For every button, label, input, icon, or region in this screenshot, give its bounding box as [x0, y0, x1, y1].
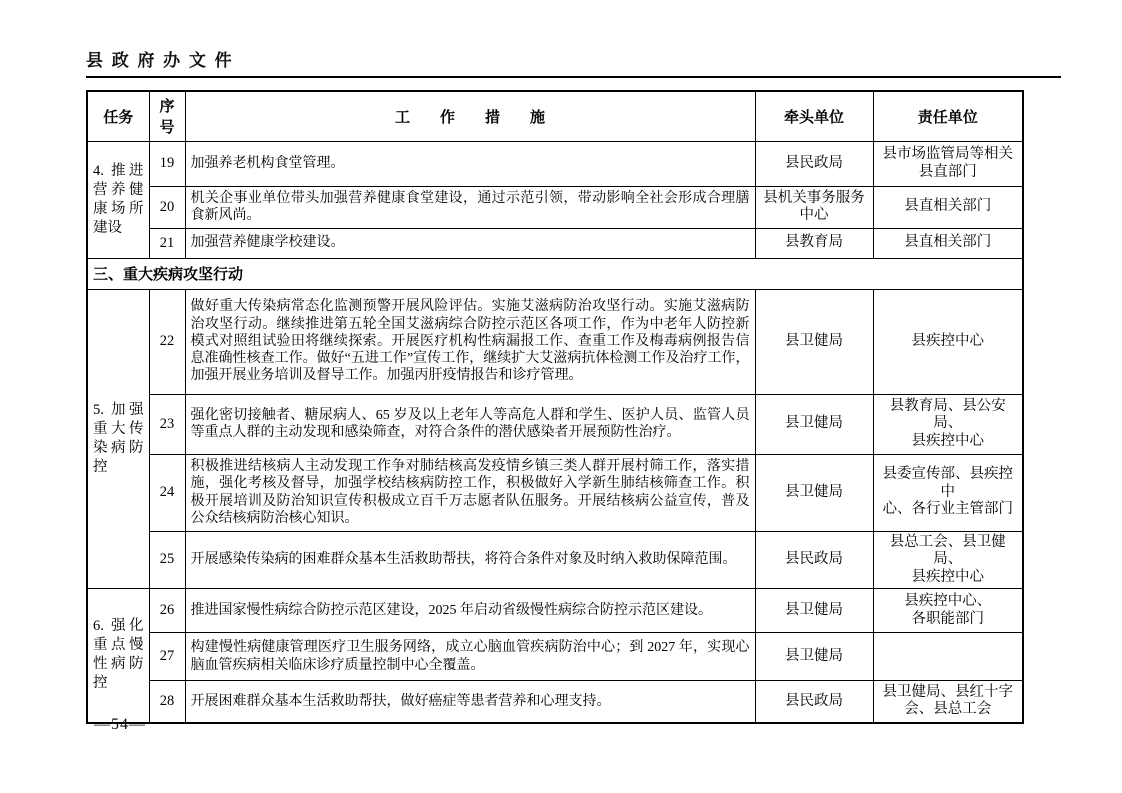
task-cell-6: 6. 强化重点慢性病防控 — [87, 589, 149, 723]
lead-unit-cell: 县民政局 — [755, 531, 873, 589]
serial-cell: 26 — [149, 589, 185, 633]
responsible-unit-cell — [873, 633, 1023, 681]
col-header-lead-unit: 牵头单位 — [755, 91, 873, 141]
table-row: 23 强化密切接触者、糖尿病人、65 岁及以上老年人等高危人群和学生、医护人员、… — [87, 394, 1023, 454]
col-header-serial: 序号 — [149, 91, 185, 141]
header-title: 县 政 府 办 文 件 — [86, 51, 234, 70]
task-cell-5: 5. 加强重大传染病防控 — [87, 289, 149, 589]
measure-cell: 加强养老机构食堂管理。 — [185, 141, 755, 186]
table-row: 25 开展感染传染病的困难群众基本生活救助帮扶，将符合条件对象及时纳入救助保障范… — [87, 531, 1023, 589]
measure-cell: 强化密切接触者、糖尿病人、65 岁及以上老年人等高危人群和学生、医护人员、监管人… — [185, 394, 755, 454]
measure-cell: 机关企事业单位带头加强营养健康食堂建设，通过示范引领，带动影响全社会形成合理膳食… — [185, 186, 755, 228]
col-header-responsible-unit: 责任单位 — [873, 91, 1023, 141]
table-row: 24 积极推进结核病人主动发现工作争对肺结核高发疫情乡镇三类人群开展村筛工作，落… — [87, 454, 1023, 531]
document-page: 县 政 府 办 文 件 任务 序号 工 作 措 施 牵头单位 责任单位 4. 推… — [0, 0, 1122, 793]
lead-unit-cell: 县卫健局 — [755, 454, 873, 531]
serial-cell: 19 — [149, 141, 185, 186]
serial-cell: 25 — [149, 531, 185, 589]
section-title: 三、重大疾病攻坚行动 — [87, 258, 1023, 289]
lead-unit-cell: 县民政局 — [755, 141, 873, 186]
lead-unit-cell: 县民政局 — [755, 681, 873, 723]
table-row: 4. 推进营养健康场所建设 19 加强养老机构食堂管理。 县民政局 县市场监管局… — [87, 141, 1023, 186]
lead-unit-cell: 县卫健局 — [755, 589, 873, 633]
serial-cell: 27 — [149, 633, 185, 681]
table-row: 28 开展困难群众基本生活救助帮扶，做好癌症等患者营养和心理支持。 县民政局 县… — [87, 681, 1023, 723]
page-number: —54— — [94, 716, 146, 734]
work-measures-table: 任务 序号 工 作 措 施 牵头单位 责任单位 4. 推进营养健康场所建设 19… — [86, 90, 1024, 724]
lead-unit-cell: 县机关事务服务 中心 — [755, 186, 873, 228]
serial-cell: 22 — [149, 289, 185, 394]
lead-unit-cell: 县卫健局 — [755, 289, 873, 394]
table-row: 27 构建慢性病健康管理医疗卫生服务网络，成立心脑血管疾病防治中心；到 2027… — [87, 633, 1023, 681]
measure-cell: 加强营养健康学校建设。 — [185, 228, 755, 258]
document-header: 县 政 府 办 文 件 — [86, 46, 1061, 78]
responsible-unit-cell: 县疾控中心 — [873, 289, 1023, 394]
measure-cell: 推进国家慢性病综合防控示范区建设，2025 年启动省级慢性病综合防控示范区建设。 — [185, 589, 755, 633]
task-cell-4: 4. 推进营养健康场所建设 — [87, 141, 149, 258]
responsible-unit-cell: 县市场监管局等相关 县直部门 — [873, 141, 1023, 186]
lead-unit-cell: 县卫健局 — [755, 394, 873, 454]
measure-cell: 构建慢性病健康管理医疗卫生服务网络，成立心脑血管疾病防治中心；到 2027 年，… — [185, 633, 755, 681]
responsible-unit-cell: 县直相关部门 — [873, 228, 1023, 258]
table-row: 6. 强化重点慢性病防控 26 推进国家慢性病综合防控示范区建设，2025 年启… — [87, 589, 1023, 633]
responsible-unit-cell: 县卫健局、县红十字 会、县总工会 — [873, 681, 1023, 723]
serial-cell: 21 — [149, 228, 185, 258]
responsible-unit-cell: 县直相关部门 — [873, 186, 1023, 228]
measure-cell: 开展困难群众基本生活救助帮扶，做好癌症等患者营养和心理支持。 — [185, 681, 755, 723]
responsible-unit-cell: 县委宣传部、县疾控中 心、各行业主管部门 — [873, 454, 1023, 531]
measure-cell: 积极推进结核病人主动发现工作争对肺结核高发疫情乡镇三类人群开展村筛工作，落实措施… — [185, 454, 755, 531]
serial-cell: 20 — [149, 186, 185, 228]
responsible-unit-cell: 县总工会、县卫健局、 县疾控中心 — [873, 531, 1023, 589]
table-header-row: 任务 序号 工 作 措 施 牵头单位 责任单位 — [87, 91, 1023, 141]
section-title-row: 三、重大疾病攻坚行动 — [87, 258, 1023, 289]
table-row: 21 加强营养健康学校建设。 县教育局 县直相关部门 — [87, 228, 1023, 258]
lead-unit-cell: 县卫健局 — [755, 633, 873, 681]
serial-cell: 28 — [149, 681, 185, 723]
responsible-unit-cell: 县教育局、县公安局、 县疾控中心 — [873, 394, 1023, 454]
lead-unit-cell: 县教育局 — [755, 228, 873, 258]
responsible-unit-cell: 县疾控中心、 各职能部门 — [873, 589, 1023, 633]
measure-cell: 做好重大传染病常态化监测预警开展风险评估。实施艾滋病防治攻坚行动。实施艾滋病防治… — [185, 289, 755, 394]
col-header-measure: 工 作 措 施 — [185, 91, 755, 141]
table-row: 20 机关企事业单位带头加强营养健康食堂建设，通过示范引领，带动影响全社会形成合… — [87, 186, 1023, 228]
serial-cell: 24 — [149, 454, 185, 531]
table-row: 5. 加强重大传染病防控 22 做好重大传染病常态化监测预警开展风险评估。实施艾… — [87, 289, 1023, 394]
measure-cell: 开展感染传染病的困难群众基本生活救助帮扶，将符合条件对象及时纳入救助保障范围。 — [185, 531, 755, 589]
col-header-task: 任务 — [87, 91, 149, 141]
serial-cell: 23 — [149, 394, 185, 454]
